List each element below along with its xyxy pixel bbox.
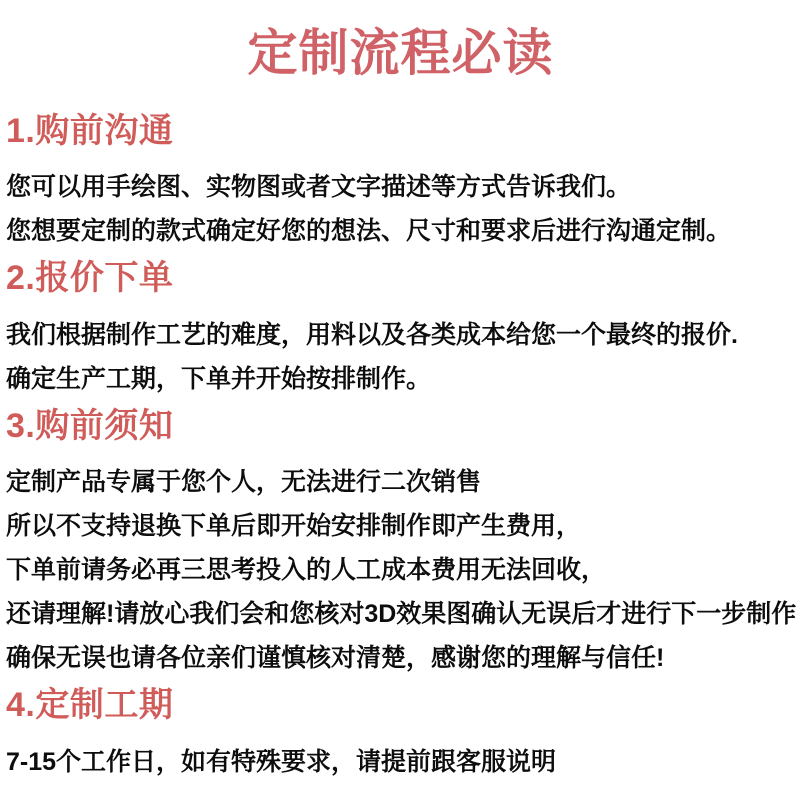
paragraph-line: 确保无误也请各位亲们谨慎核对清楚，感谢您的理解与信任! <box>6 643 795 673</box>
paragraph-line: 7-15个工作日，如有特殊要求，请提前跟客服说明 <box>6 747 795 777</box>
section-pre-purchase-notice: 3.购前须知 定制产品专属于您个人，无法进行二次销售 所以不支持退换下单后即开始… <box>6 408 795 673</box>
paragraph-line: 您想要定制的款式确定好您的想法、尺寸和要求后进行沟通定制。 <box>6 216 795 246</box>
paragraph-line: 所以不支持退换下单后即开始安排制作即产生费用， <box>6 511 795 541</box>
section-1-heading: 1.购前沟通 <box>6 113 795 150</box>
paragraph-line: 还请理解!请放心我们会和您核对3D效果图确认无误后才进行下一步制作 <box>6 599 795 629</box>
paragraph-line: 确定生产工期，下单并开始按排制作。 <box>6 364 795 394</box>
paragraph-line: 定制产品专属于您个人，无法进行二次销售 <box>6 467 795 497</box>
paragraph-line: 下单前请务必再三思考投入的人工成本费用无法回收， <box>6 555 795 585</box>
section-4-heading: 4.定制工期 <box>6 687 795 724</box>
paragraph-line: 我们根据制作工艺的难度，用料以及各类成本给您一个最终的报价. <box>6 320 795 350</box>
section-production-time: 4.定制工期 7-15个工作日，如有特殊要求，请提前跟客服说明 <box>6 687 795 776</box>
custom-order-notice-page: 定制流程必读 1.购前沟通 您可以用手绘图、实物图或者文字描述等方式告诉我们。 … <box>0 0 800 800</box>
section-pre-purchase-communication: 1.购前沟通 您可以用手绘图、实物图或者文字描述等方式告诉我们。 您想要定制的款… <box>6 113 795 246</box>
section-3-heading: 3.购前须知 <box>6 408 795 445</box>
section-quote-and-order: 2.报价下单 我们根据制作工艺的难度，用料以及各类成本给您一个最终的报价. 确定… <box>6 260 795 393</box>
page-title: 定制流程必读 <box>6 26 795 81</box>
section-2-heading: 2.报价下单 <box>6 260 795 297</box>
paragraph-line: 您可以用手绘图、实物图或者文字描述等方式告诉我们。 <box>6 172 795 202</box>
